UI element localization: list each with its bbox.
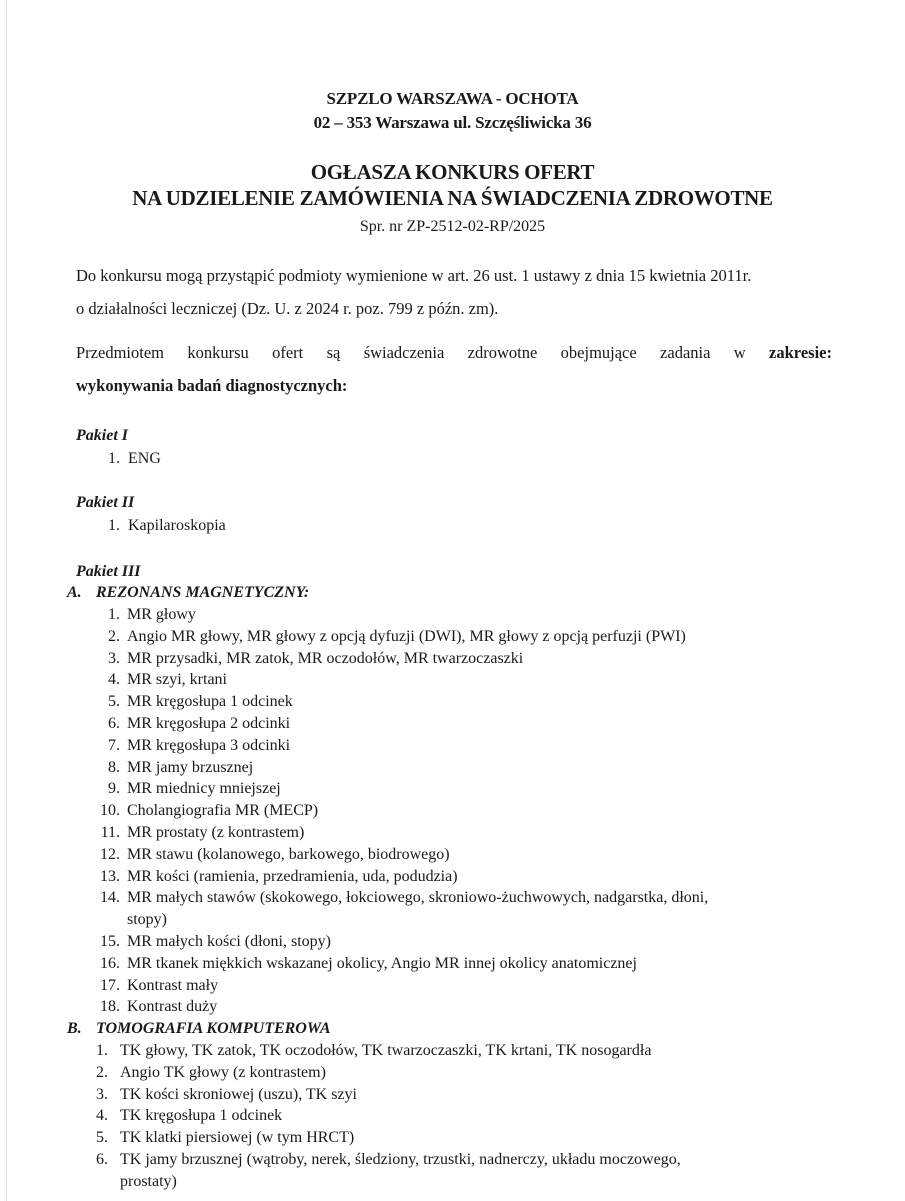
list-item-number: 6. xyxy=(92,715,120,733)
subject-bold: wykonywania badań diagnostycznych: xyxy=(76,376,347,396)
list-item-number: 3. xyxy=(92,650,120,668)
list-item-number: 5. xyxy=(92,693,120,711)
list-item-continuation: stopy) xyxy=(127,911,167,929)
section-letter: A. xyxy=(67,584,82,602)
intro-paragraph-line1: Do konkursu mogą przystąpić podmioty wym… xyxy=(76,266,751,286)
list-item-number: 9. xyxy=(92,780,120,798)
list-item-number: 1. xyxy=(92,517,120,535)
list-item-text: MR jamy brzusznej xyxy=(127,759,253,777)
list-item-number: 1. xyxy=(92,450,120,468)
list-item-text: MR kości (ramienia, przedramienia, uda, … xyxy=(127,868,458,886)
subject-word: konkursu xyxy=(187,343,248,363)
list-item-number: 14. xyxy=(92,889,120,907)
list-item-text: MR przysadki, MR zatok, MR oczodołów, MR… xyxy=(127,650,523,668)
subject-paragraph: Przedmiotemkonkursuofertsąświadczeniazdr… xyxy=(76,343,832,363)
list-item-number: 7. xyxy=(92,737,120,755)
intro-paragraph-line2: o działalności leczniczej (Dz. U. z 2024… xyxy=(76,299,498,319)
announcement-subtitle: NA UDZIELENIE ZAMÓWIENIA NA ŚWIADCZENIA … xyxy=(0,186,905,211)
subject-word: Przedmiotem xyxy=(76,343,164,363)
subject-word: zdrowotne xyxy=(468,343,538,363)
list-item-number: 15. xyxy=(92,933,120,951)
list-item-number: 16. xyxy=(92,955,120,973)
package-title: Pakiet III xyxy=(76,563,140,581)
list-item-number: 3. xyxy=(80,1086,108,1104)
list-item-text: TK głowy, TK zatok, TK oczodołów, TK twa… xyxy=(120,1042,651,1060)
list-item-text: MR miednicy mniejszej xyxy=(127,780,281,798)
list-item-number: 1. xyxy=(80,1042,108,1060)
list-item-number: 2. xyxy=(92,628,120,646)
subject-word: zadania xyxy=(660,343,710,363)
list-item-number: 18. xyxy=(92,998,120,1016)
subject-word: obejmujące xyxy=(561,343,637,363)
list-item-text: ENG xyxy=(128,450,161,468)
section-title: REZONANS MAGNETYCZNY: xyxy=(96,584,309,602)
organization-name: SZPZLO WARSZAWA - OCHOTA xyxy=(0,89,905,109)
announcement-title: OGŁASZA KONKURS OFERT xyxy=(0,160,905,185)
list-item-number: 13. xyxy=(92,868,120,886)
list-item-number: 6. xyxy=(80,1151,108,1169)
subject-word: świadczenia xyxy=(364,343,445,363)
section-title: TOMOGRAFIA KOMPUTEROWA xyxy=(96,1020,331,1038)
list-item-text: MR małych kości (dłoni, stopy) xyxy=(127,933,331,951)
subject-word: w xyxy=(734,343,746,363)
list-item-text: Angio MR głowy, MR głowy z opcją dyfuzji… xyxy=(127,628,686,646)
list-item-number: 4. xyxy=(92,671,120,689)
list-item-text: Angio TK głowy (z kontrastem) xyxy=(120,1064,326,1082)
list-item-text: MR tkanek miękkich wskazanej okolicy, An… xyxy=(127,955,637,973)
subject-word: zakresie: xyxy=(769,343,832,363)
list-item-number: 12. xyxy=(92,846,120,864)
list-item-text: TK kręgosłupa 1 odcinek xyxy=(120,1107,282,1125)
list-item-text: TK klatki piersiowej (w tym HRCT) xyxy=(120,1129,354,1147)
list-item-number: 5. xyxy=(80,1129,108,1147)
list-item-number: 10. xyxy=(92,802,120,820)
list-item-text: Kontrast mały xyxy=(127,977,218,995)
subject-word: ofert xyxy=(272,343,303,363)
subject-word: są xyxy=(327,343,341,363)
package-title: Pakiet I xyxy=(76,427,128,445)
document-page: SZPZLO WARSZAWA - OCHOTA 02 – 353 Warsza… xyxy=(0,0,905,1201)
package-title: Pakiet II xyxy=(76,494,134,512)
list-item-text: MR kręgosłupa 3 odcinki xyxy=(127,737,290,755)
list-item-text: MR głowy xyxy=(127,606,196,624)
list-item-text: TK kości skroniowej (uszu), TK szyi xyxy=(120,1086,357,1104)
list-item-text: Kontrast duży xyxy=(127,998,217,1016)
list-item-number: 1. xyxy=(92,606,120,624)
reference-number: Spr. nr ZP-2512-02-RP/2025 xyxy=(0,218,905,236)
list-item-text: Cholangiografia MR (MECP) xyxy=(127,802,318,820)
list-item-text: Kapilaroskopia xyxy=(128,517,226,535)
list-item-continuation: prostaty) xyxy=(120,1173,177,1191)
section-letter: B. xyxy=(67,1020,82,1038)
list-item-text: MR stawu (kolanowego, barkowego, biodrow… xyxy=(127,846,450,864)
list-item-number: 17. xyxy=(92,977,120,995)
list-item-number: 11. xyxy=(92,824,120,842)
list-item-text: MR kręgosłupa 1 odcinek xyxy=(127,693,293,711)
list-item-number: 2. xyxy=(80,1064,108,1082)
list-item-number: 4. xyxy=(80,1107,108,1125)
list-item-number: 8. xyxy=(92,759,120,777)
list-item-text: MR kręgosłupa 2 odcinki xyxy=(127,715,290,733)
list-item-text: MR prostaty (z kontrastem) xyxy=(127,824,304,842)
list-item-text: MR szyi, krtani xyxy=(127,671,227,689)
list-item-text: TK jamy brzusznej (wątroby, nerek, śledz… xyxy=(120,1151,681,1169)
organization-address: 02 – 353 Warszawa ul. Szczęśliwicka 36 xyxy=(0,113,905,133)
list-item-text: MR małych stawów (skokowego, łokciowego,… xyxy=(127,889,708,907)
